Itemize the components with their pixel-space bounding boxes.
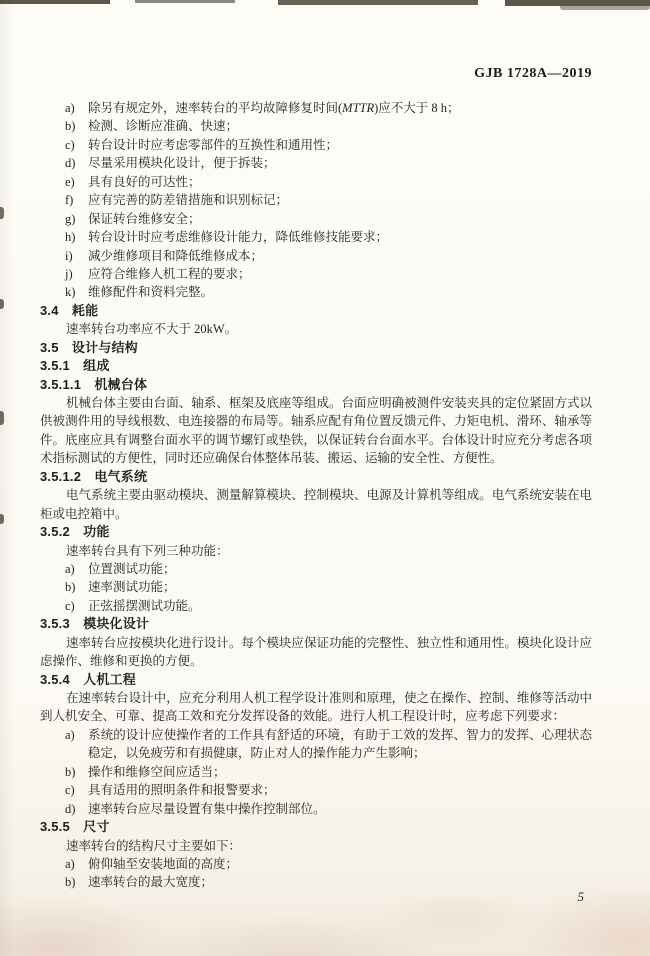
list-item-text: 位置测试功能； [88,562,176,576]
list-item-text: 转台设计时应考虑维修设计能力，降低维修技能要求； [88,230,388,244]
list-item: b)速率转台的最大宽度； [40,873,592,891]
list-item-text: 具有适用的照明条件和报警要求； [88,783,276,797]
list-item-text: 俯仰轴至安装地面的高度； [88,857,238,871]
list-marker: b) [65,763,88,781]
list-marker: f) [65,191,88,209]
list-item: c)正弦摇摆测试功能。 [40,597,592,615]
section-heading: 3.5.4 人机工程 [40,671,592,689]
paragraph-line: 供被测件用的导线根数、电连接器的布局等。轴系应配有角位置反馈元件、力矩电机、滑环… [40,412,592,430]
list-item-text: 应符合维修人机工程的要求； [88,267,251,281]
paragraph-line: 在速率转台设计中，应充分利用人机工程学设计准则和原理，使之在操作、控制、维修等活… [40,689,592,707]
list-item-text: 速率转台的最大宽度； [88,875,213,889]
list-item-text: 保证转台维修安全； [88,212,201,226]
section-heading: 3.5 设计与结构 [40,339,592,357]
page-number: 5 [578,889,585,905]
scan-edge-artifact [560,6,650,10]
document-body: a)除另有规定外，速率转台的平均故障修复时间(MTTR)应不大于 8 h；b)检… [40,99,592,892]
list-item: b)检测、诊断应准确、快速； [40,117,592,135]
list-item-text: 具有良好的可达性； [88,175,201,189]
list-marker: c) [65,136,88,154]
list-marker: e) [65,173,88,191]
list-marker: a) [65,560,88,578]
paragraph-line: 速率转台功率应不大于 20kW。 [40,320,592,338]
list-item-text: 维修配件和资料完整。 [88,285,213,299]
list-item: i)减少维修项目和降低维修成本； [40,247,592,265]
section-heading: 3.5.1 组成 [40,357,592,375]
list-item: e)具有良好的可达性； [40,173,592,191]
paragraph-line: 到人机安全、可靠、提高工效和充分发挥设备的效能。进行人机工程设计时，应考虑下列要… [40,707,592,725]
list-marker: i) [65,247,88,265]
list-item-continuation: 稳定，以免疲劳和有损健康，防止对人的操作能力产生影响； [40,744,592,762]
list-marker: g) [65,210,88,228]
paragraph-line: 件。底座应具有调整台面水平的调节螺钉或垫铁，以保证转台台面水平。台体设计时应充分… [40,431,592,449]
list-marker: a) [65,726,88,744]
paragraph-line: 机械台体主要由台面、轴系、框架及底座等组成。台面应明确被测件安装夹具的定位紧固方… [40,394,592,412]
list-item: f)应有完善的防差错措施和识别标记； [40,191,592,209]
list-marker: j) [65,265,88,283]
scan-edge-mark [0,207,4,219]
scan-edge-artifact [135,0,235,3]
list-item-text: 速率转台应尽量设置有集中操作控制部位。 [88,802,326,816]
scan-edge-mark [0,411,4,425]
list-marker: a) [65,855,88,873]
list-item: d)速率转台应尽量设置有集中操作控制部位。 [40,800,592,818]
list-item: h)转台设计时应考虑维修设计能力，降低维修技能要求； [40,228,592,246]
list-item: b)操作和维修空间应适当； [40,763,592,781]
text-segment: 除另有规定外，速率转台的平均故障修复时间( [88,101,342,115]
list-item-text: 减少维修项目和降低维修成本； [88,249,263,263]
list-item: a)除另有规定外，速率转台的平均故障修复时间(MTTR)应不大于 8 h； [40,99,592,117]
list-marker: h) [65,228,88,246]
list-item-text: 转台设计时应考虑零部件的互换性和通用性； [88,138,338,152]
list-item-text: 正弦摇摆测试功能。 [88,599,201,613]
paragraph-line: 术指标测试的方便性，同时还应确保台体整体吊装、搬运、运输的安全性、方便性。 [40,449,592,467]
section-heading: 3.4 耗能 [40,302,592,320]
paragraph-line: 速率转台的结构尺寸主要如下： [40,837,592,855]
paragraph-line: 虑操作、维修和更换的方便。 [40,652,592,670]
list-item-text: 应有完善的防差错措施和识别标记； [88,193,288,207]
list-item-text: 除另有规定外，速率转台的平均故障修复时间(MTTR)应不大于 8 h； [88,101,460,115]
paragraph-line: 速率转台具有下列三种功能： [40,542,592,560]
list-item: c)具有适用的照明条件和报警要求； [40,781,592,799]
list-item: k)维修配件和资料完整。 [40,283,592,301]
standard-number-header: GJB 1728A—2019 [474,66,592,82]
scan-edge-mark [0,299,4,309]
list-marker: k) [65,283,88,301]
list-item: a)系统的设计应使操作者的工作具有舒适的环境，有助于工效的发挥、智力的发挥、心理… [40,726,592,744]
section-heading: 3.5.1.1 机械台体 [40,376,592,394]
list-item: c)转台设计时应考虑零部件的互换性和通用性； [40,136,592,154]
list-item: b)速率测试功能； [40,578,592,596]
list-item: a)位置测试功能； [40,560,592,578]
list-item-text: 速率测试功能； [88,580,176,594]
scan-edge-artifact [278,0,478,5]
list-item: g)保证转台维修安全； [40,210,592,228]
list-marker: d) [65,800,88,818]
paragraph-line: 电气系统主要由驱动模块、测量解算模块、控制模块、电源及计算机等组成。电气系统安装… [40,486,592,504]
list-marker: b) [65,873,88,891]
italic-term: MTTR [342,101,374,115]
list-item: a)俯仰轴至安装地面的高度； [40,855,592,873]
section-heading: 3.5.1.2 电气系统 [40,468,592,486]
list-item: j)应符合维修人机工程的要求； [40,265,592,283]
paragraph-line: 速率转台应按模块化进行设计。每个模块应保证功能的完整性、独立性和通用性。模块化设… [40,634,592,652]
section-heading: 3.5.5 尺寸 [40,818,592,836]
paragraph-line: 柜或电控箱中。 [40,505,592,523]
list-marker: c) [65,781,88,799]
list-item-text: 系统的设计应使操作者的工作具有舒适的环境，有助于工效的发挥、智力的发挥、心理状态… [65,728,592,744]
list-item: d)尽量采用模块化设计，便于拆装； [40,154,592,172]
list-marker: b) [65,117,88,135]
scan-edge-artifact [0,0,110,4]
list-marker: b) [65,578,88,596]
list-item-text: 尽量采用模块化设计，便于拆装； [88,156,276,170]
scan-edge-mark [0,514,4,524]
section-heading: 3.5.2 功能 [40,523,592,541]
list-item-text: 操作和维修空间应适当； [88,765,226,779]
section-heading: 3.5.3 模块化设计 [40,615,592,633]
list-marker: a) [65,99,88,117]
list-marker: c) [65,597,88,615]
text-segment: )应不大于 8 h； [374,101,459,115]
list-item-text: 检测、诊断应准确、快速； [88,119,238,133]
list-marker: d) [65,154,88,172]
